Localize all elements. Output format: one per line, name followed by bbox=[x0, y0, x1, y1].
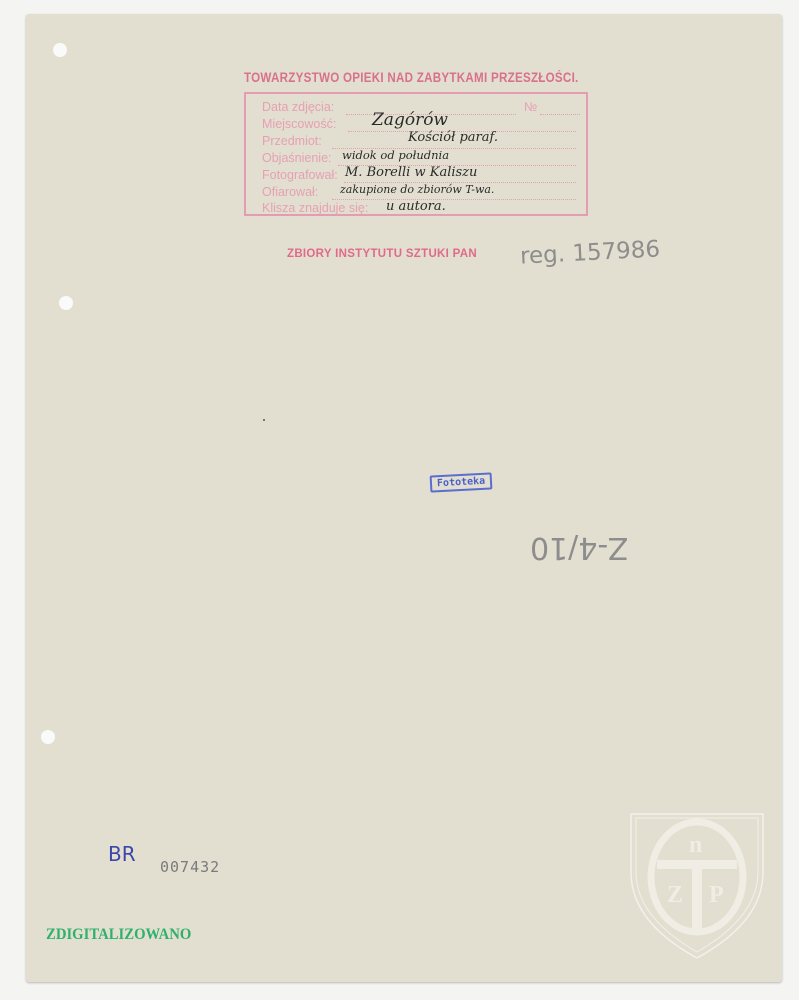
handwritten-photographer: M. Borelli w Kaliszu bbox=[345, 165, 477, 180]
handwritten-donor: zakupione do zbiorów T-wa. bbox=[340, 183, 494, 196]
society-header: TOWARZYSTWO OPIEKI NAD ZABYTKAMI PRZESZŁ… bbox=[244, 70, 579, 85]
inventory-number: 007432 bbox=[160, 858, 220, 876]
pencil-shelf-note: Z-4/10 bbox=[530, 530, 628, 565]
handwritten-description: widok od południa bbox=[342, 148, 449, 162]
punch-hole bbox=[53, 43, 67, 57]
punch-hole bbox=[59, 296, 73, 310]
form-row-place: Miejscowość: bbox=[262, 117, 336, 134]
form-row-plate-location: Klisza znajduje się: bbox=[262, 201, 368, 218]
handwritten-plate-location: u autora. bbox=[386, 199, 446, 214]
fototeka-stamp: Fototeka bbox=[430, 472, 493, 492]
ntzp-watermark-icon: n Z P bbox=[627, 802, 767, 962]
punch-hole bbox=[41, 730, 55, 744]
svg-text:n: n bbox=[689, 832, 702, 858]
svg-text:Z: Z bbox=[667, 882, 683, 908]
br-mark: BR bbox=[108, 842, 136, 866]
form-row-subject: Przedmiot: bbox=[262, 134, 322, 151]
digitized-stamp: ZDIGITALIZOWANO bbox=[46, 926, 191, 944]
svg-text:P: P bbox=[709, 882, 724, 908]
form-row-date: Data zdjęcia: № bbox=[262, 100, 334, 117]
handwritten-subject: Kościół paraf. bbox=[408, 130, 498, 145]
form-row-description: Objaśnienie: bbox=[262, 151, 332, 168]
form-row-donor: Ofiarował: bbox=[262, 185, 318, 202]
handwritten-place: Zagórów bbox=[372, 110, 448, 130]
form-row-photographer: Fotografował: bbox=[262, 168, 338, 185]
number-label: № bbox=[524, 100, 537, 114]
collection-stamp: ZBIORY INSTYTUTU SZTUKI PAN bbox=[287, 248, 477, 260]
